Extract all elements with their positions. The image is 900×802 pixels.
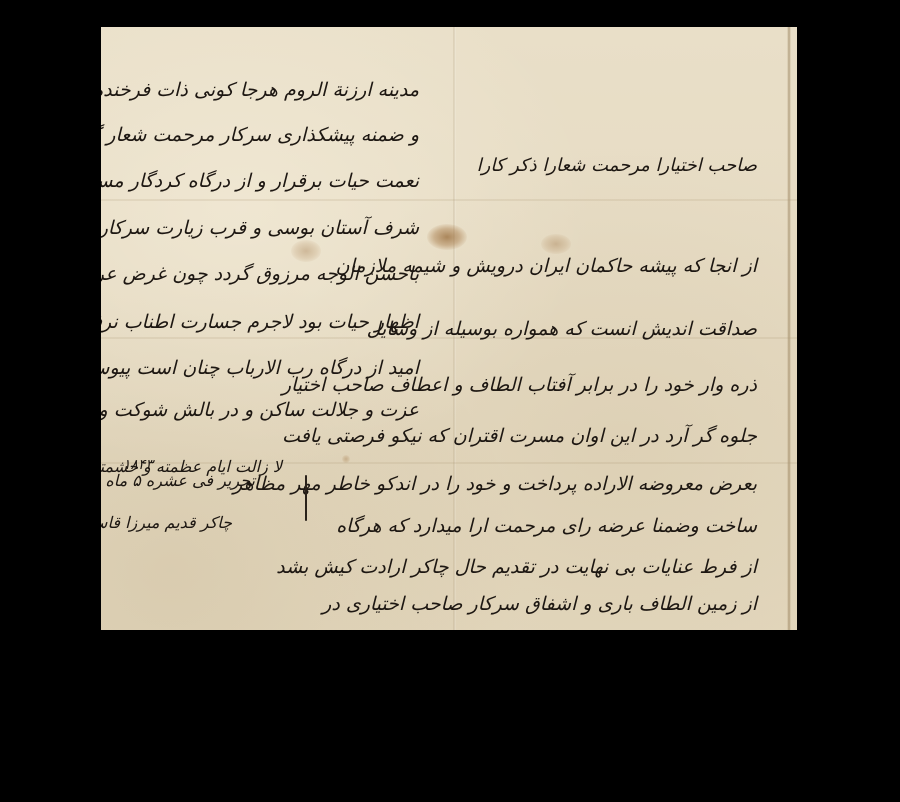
text-line: باحسن الوجه مرزوق گردد چون غرض عرض معروض… — [101, 263, 419, 285]
date-year: ۱۸۴۳ — [123, 457, 153, 473]
text-line: شرف آستان بوسی و قرب زیارت سرکار صاحب اخ… — [101, 217, 419, 239]
ink-stain — [541, 234, 571, 254]
manuscript-page: صاحب اختیارا مرحمت شعارا ذکر کارا از انج… — [101, 27, 797, 630]
crease-line — [101, 199, 797, 201]
date-line: تحریر فی عشره ۵ ماه سپتمبر — [101, 471, 255, 490]
text-line: صداقت اندیش انست که همواره بوسیله از وسا… — [367, 318, 757, 340]
text-line: جلوه گر آرد در این اوان مسرت اقتران که ن… — [282, 425, 757, 447]
ink-stain — [427, 224, 467, 250]
text-line: ساخت وضمنا عرضه رای مرحمت ارا میدارد که … — [336, 515, 757, 537]
text-line: امید از درگاه رب الارباب چنان است پیوسته… — [101, 357, 419, 379]
text-line: از زمین الطاف باری و اشفاق سرکار صاحب اخ… — [322, 593, 757, 615]
calligraphic-stroke — [305, 475, 307, 521]
ink-stain — [291, 240, 321, 262]
letter-heading: صاحب اختیارا مرحمت شعارا ذکر کارا — [477, 155, 757, 176]
text-line: و ضمنه پیشکذاری سرکار مرحمت شعار گرانی ش… — [101, 124, 419, 146]
text-line: اظهار حیات بود لاجرم جسارت اطناب نرفت — [101, 311, 419, 333]
text-line: مدینه ارزنة الروم هرجا کونی ذات فرخنده ص… — [101, 79, 419, 101]
text-line: نعمت حیات برقرار و از درگاه کردگار مسئلت… — [101, 170, 419, 192]
signature: چاکر قدیم میرزا قاسم شیرازی — [101, 513, 232, 532]
ink-spot — [342, 455, 350, 463]
paper-edge-shadow — [787, 27, 791, 630]
image-viewer: صاحب اختیارا مرحمت شعارا ذکر کارا از انج… — [0, 0, 900, 802]
text-line: بعرض معروضه الاراده پرداخت و خود را در ا… — [233, 473, 757, 495]
text-line: عزت و جلالت ساکن و در بالش شوکت و نبالت … — [101, 399, 419, 421]
text-line: از فرط عنایات بی نهایت در تقدیم حال چاکر… — [276, 556, 757, 578]
